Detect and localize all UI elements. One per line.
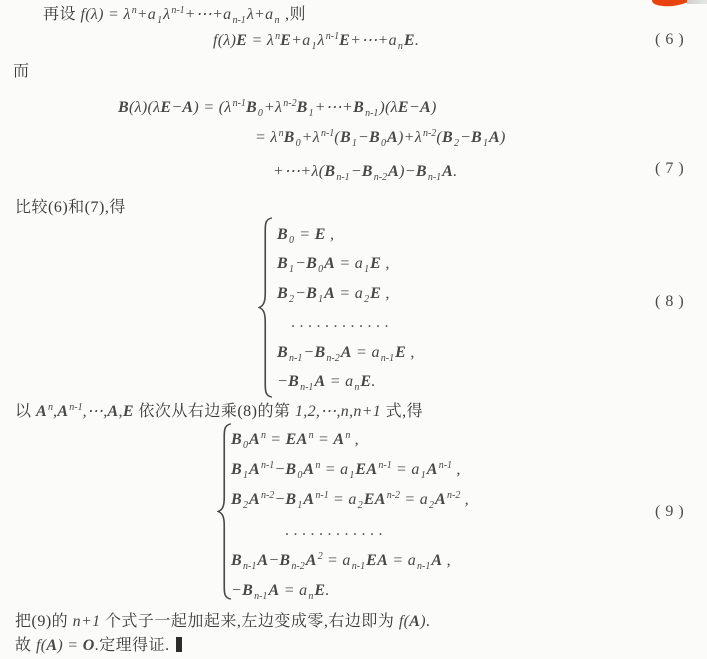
para-intro-post: ,则 [280, 6, 306, 23]
left-brace-icon [217, 423, 231, 600]
para-sum-math2: f(A) [399, 613, 426, 630]
eq8-number: (8) [655, 293, 689, 311]
para-conclusion: 故 f(A) = O.定理得证. [15, 632, 182, 655]
para-intro-pre: 再设 [43, 6, 81, 23]
eq9-row: B1An-1−B0An = a1EAn-1 = a1An-1 , [231, 455, 469, 485]
eq9-row: B0An = EAn = An , [231, 425, 469, 455]
para-conclusion-pre: 故 [15, 637, 36, 654]
eq6-formula: f(λ)E = λnE+a1λn-1E+⋯+anE. [213, 30, 419, 50]
para-er: 而 [13, 58, 30, 81]
para-multiply-post: 式,得 [381, 403, 423, 420]
para-sum: 把(9)的 n+1 个式子一起加起来,左边变成零,右边即为 f(A). [15, 608, 430, 631]
eq7-line3: +⋯+λ(Bn-1−Bn-2A)−Bn-1A. [273, 161, 457, 181]
eq7-line2: = λnB0+λn-1(B1−B0A)+λn-2(B2−B1A) [255, 129, 506, 147]
eq8-row: B2−B1A = a2E , [277, 279, 415, 308]
para-sum-math1: n+1 [73, 613, 101, 630]
left-brace-icon [258, 217, 272, 398]
para-conclusion-math: f(A) = O [36, 637, 95, 654]
page-edge-strip [687, 0, 707, 4]
para-compare: 比较(6)和(7),得 [15, 194, 126, 217]
eq9-row: Bn-1A−Bn-2A2 = an-1EA = an-1A , [231, 546, 469, 576]
para-intro-formula: f(λ) = λn+a1λn-1+⋯+an-1λ+an [81, 6, 281, 23]
para-sum-pre: 把(9)的 [15, 613, 73, 630]
eq9-ellipsis-row: ............ [231, 516, 469, 546]
eq8-row: B0 = E , [277, 220, 415, 249]
eq8-ellipsis-row: ............ [277, 308, 415, 337]
para-conclusion-post: .定理得证. [95, 637, 170, 654]
para-multiply-math1: An,An-1,⋯,A,E [36, 403, 134, 420]
eq8-row: −Bn-1A = anE. [277, 367, 415, 396]
para-multiply: 以 An,An-1,⋯,A,E 依次从右边乘(8)的第 1,2,⋯,n,n+1 … [15, 398, 423, 421]
eq7-line1: B(λ)(λE−A) = (λn-1B0+λn-2B1+⋯+Bn-1)(λE−A… [118, 97, 437, 117]
qed-mark-icon [176, 637, 182, 652]
eq8-system: B0 = E , B1−B0A = a1E , B2−B1A = a2E , .… [277, 220, 415, 396]
para-sum-post: . [426, 613, 431, 630]
eq9-row: B2An-2−B1An-1 = a2EAn-2 = a2An-2 , [231, 485, 469, 515]
eq6-number: (6) [655, 31, 689, 49]
para-multiply-math2: 1,2,⋯,n,n+1 [295, 403, 381, 420]
para-multiply-mid: 依次从右边乘(8)的第 [134, 403, 295, 420]
eq8-row: Bn-1−Bn-2A = an-1E , [277, 338, 415, 367]
eq9-row: −Bn-1A = anE. [231, 576, 469, 606]
eq9-number: (9) [655, 503, 689, 521]
eq8-row: B1−B0A = a1E , [277, 249, 415, 278]
eq7-number: (7) [655, 160, 689, 178]
textbook-page: 再设 f(λ) = λn+a1λn-1+⋯+an-1λ+an ,则 f(λ)E … [0, 0, 707, 659]
para-sum-mid: 个式子一起加起来,左边变成零,右边即为 [100, 613, 399, 630]
eq9-system: B0An = EAn = An , B1An-1−B0An = a1EAn-1 … [231, 425, 469, 606]
para-intro: 再设 f(λ) = λn+a1λn-1+⋯+an-1λ+an ,则 [43, 1, 306, 24]
para-multiply-pre: 以 [15, 403, 36, 420]
